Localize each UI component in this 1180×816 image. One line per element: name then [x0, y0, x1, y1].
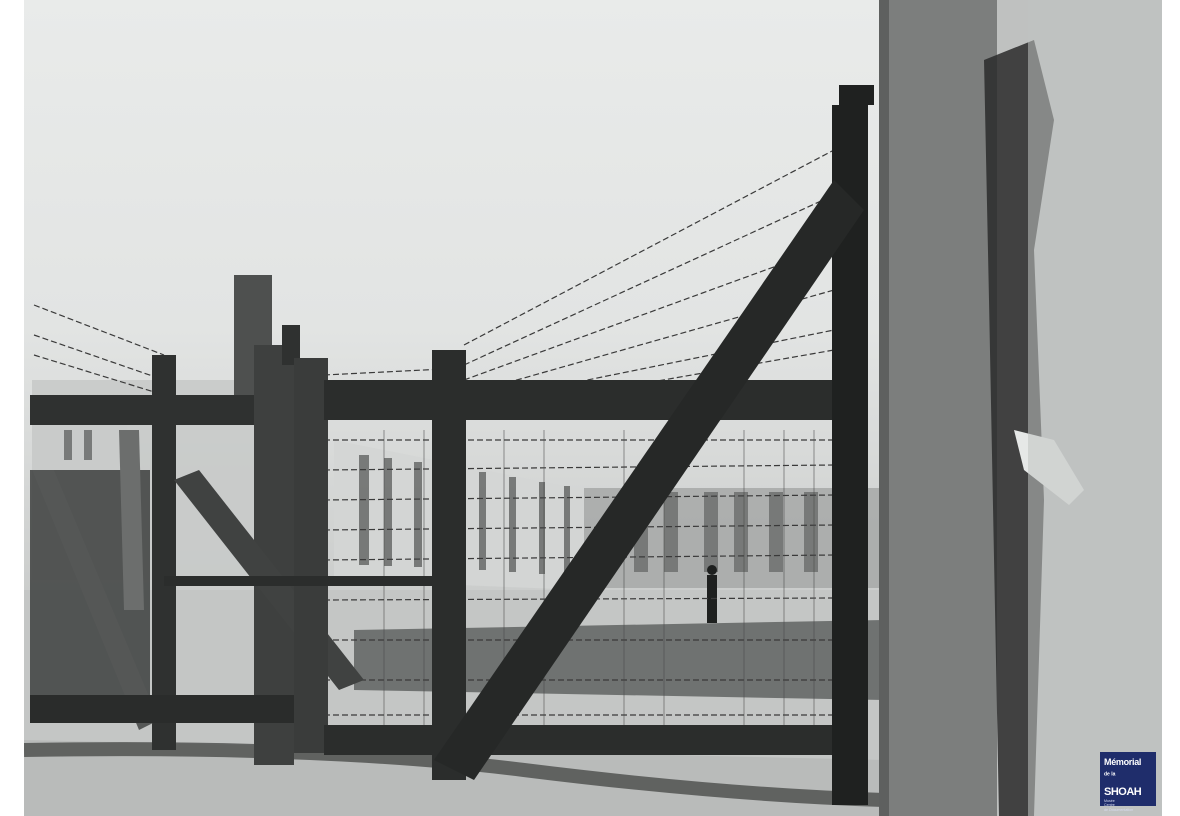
archival-photograph: [24, 0, 1162, 816]
memorial-shoah-logo: Mémorial de la SHOAH Musée Centre de Doc…: [1100, 752, 1156, 806]
logo-de-la: de la: [1104, 771, 1115, 777]
logo-line-shoah: de la SHOAH: [1104, 767, 1153, 799]
logo-sub-documentation: de Documentation: [1104, 808, 1153, 812]
logo-line-memorial: Mémorial: [1104, 758, 1153, 767]
logo-shoah: SHOAH: [1104, 786, 1141, 798]
photo-scene: [24, 0, 1162, 816]
